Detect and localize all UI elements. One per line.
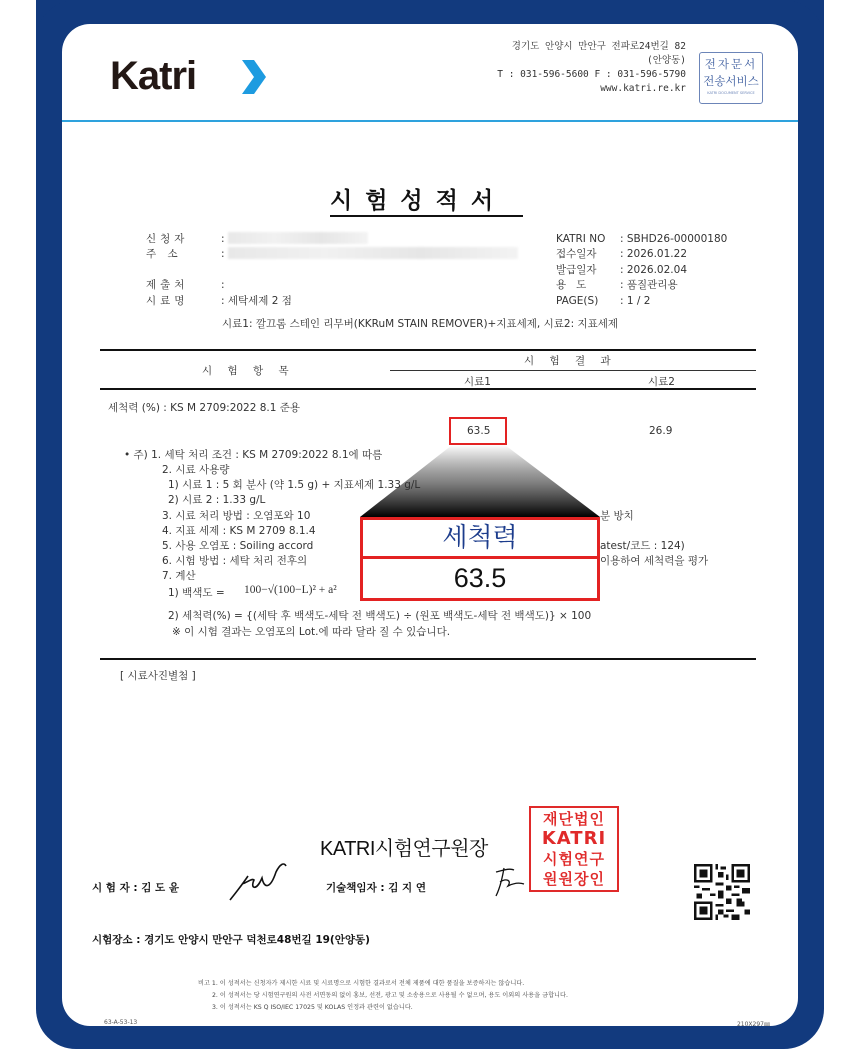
note-7a-label: 1) 백색도 =	[168, 586, 225, 601]
badge-line-3: KATRI DOCUMENT SERVICE	[700, 91, 762, 95]
form-code: 63-A-53-13	[104, 1019, 137, 1026]
note-7: 7. 계산	[162, 569, 196, 584]
table-header-rule	[100, 388, 756, 390]
note-2b: 2) 시료 2 : 1.33 g/L	[168, 493, 265, 508]
website-link[interactable]: www.katri.re.kr	[497, 82, 686, 96]
footer-remarks: 비고 1. 이 성적서는 신청자가 제시한 시료 및 시료명으로 시험한 결과로…	[198, 978, 568, 1014]
badge-line-1: 전자문서	[700, 56, 762, 72]
tech-manager-name: 기술책임자 : 김 지 연	[326, 880, 426, 895]
note-3-tail: 분 방치	[600, 509, 634, 524]
seal-line: 시험연구	[531, 849, 617, 869]
redacted-applicant	[228, 232, 368, 244]
col-sample1: 시료1	[464, 374, 491, 389]
paper-size: 210X297㎜	[737, 1019, 770, 1026]
note-5-tail: atest/코드 : 124)	[600, 539, 685, 554]
issue-date-label: 발급일자	[556, 263, 620, 278]
note-5: 5. 사용 오염포 : Soiling accord	[162, 539, 313, 554]
seal-line: 원원장인	[531, 869, 617, 889]
note-4: 4. 지표 세제 : KS M 2709 8.1.4	[162, 524, 316, 539]
col-test-result: 시 험 결 과	[524, 353, 617, 368]
report-meta: KATRI NO: SBHD26-00000180 접수일자: 2026.01.…	[556, 232, 727, 309]
address-label: 주 소	[146, 247, 221, 262]
address-line-2: (안양동)	[497, 54, 686, 68]
sample-photos-label: [ 시료사진별첨 ]	[120, 668, 196, 683]
e-document-badge: 전자문서 전송서비스 KATRI DOCUMENT SERVICE	[699, 52, 763, 104]
test-report-page: Katri 경기도 안양시 만안구 전파로24번길 82 (안양동) T : 0…	[62, 24, 798, 1026]
col-test-item: 시 험 항 목	[202, 363, 295, 378]
sample2-result: 26.9	[649, 425, 672, 437]
official-seal: 재단법인 KATRI 시험연구 원원장인	[529, 806, 619, 892]
tester-signature	[228, 860, 290, 904]
issue-date-value: : 2026.02.04	[620, 263, 687, 278]
katri-logo: Katri	[110, 54, 196, 99]
header-divider	[62, 120, 798, 122]
test-item-detergency: 세척력 (%) : KS M 2709:2022 8.1 준용	[108, 400, 300, 415]
qr-code[interactable]	[694, 864, 750, 920]
note-7b: 2) 세척력(%) = {(세탁 후 백색도-세탁 전 백색도) ÷ (원포 백…	[168, 609, 591, 624]
received-date-value: : 2026.01.22	[620, 247, 687, 262]
address-line: 경기도 안양시 만안구 전파로24번길 82	[497, 40, 686, 54]
chevron-right-icon	[240, 58, 268, 96]
purpose-label: 용 도	[556, 278, 620, 293]
institute-director: KATRI시험연구원장	[320, 832, 488, 861]
applicant-info: 신청자: 주 소: 제출처: 시료명: 세탁세제 2 점	[146, 232, 518, 309]
submitter-label: 제출처	[146, 278, 221, 293]
katri-no-label: KATRI NO	[556, 232, 620, 247]
note-6-tail: 이용하여 세척력을 평가	[600, 554, 708, 569]
sample-name-value: : 세탁세제 2 점	[221, 294, 292, 309]
col-sample2: 시료2	[648, 374, 675, 389]
note-2: 2. 시료 사용량	[162, 463, 229, 478]
result-header-rule	[390, 370, 756, 371]
callout-value: 63.5	[360, 556, 600, 601]
callout-wedge	[360, 445, 600, 517]
sample-description: 시료1: 깔끄롬 스테인 리무버(KKRuM STAIN REMOVER)+지표…	[222, 316, 618, 331]
title-underline	[330, 215, 523, 217]
seal-line: 재단법인	[531, 809, 617, 829]
table-top-rule	[100, 349, 756, 351]
pages-label: PAGE(S)	[556, 294, 620, 309]
whiteness-formula: 100−√(100−L)² + a²	[244, 583, 337, 598]
test-location: 시험장소 : 경기도 안양시 만안구 덕천로48번길 19(안양동)	[92, 932, 370, 947]
callout-label: 세척력	[360, 517, 600, 559]
tech-manager-signature	[490, 862, 530, 902]
note-6: 6. 시험 방법 : 세탁 처리 전후의	[162, 554, 307, 569]
purpose-value: : 품질관리용	[620, 278, 678, 293]
sample1-highlight	[449, 417, 507, 445]
institute-address: 경기도 안양시 만안구 전파로24번길 82 (안양동) T : 031-596…	[497, 40, 686, 96]
remark-2: 2. 이 성적서는 당 시험연구원의 사전 서면동의 없이 홍보, 선전, 광고…	[198, 990, 568, 1002]
note-1: • 주) 1. 세탁 처리 조건 : KS M 2709:2022 8.1에 따…	[124, 448, 382, 463]
note-3: 3. 시료 처리 방법 : 오염포와 10	[162, 509, 310, 524]
applicant-label: 신청자	[146, 232, 221, 247]
note-8: ※ 이 시험 결과는 오염포의 Lot.에 따라 달라 질 수 있습니다.	[172, 625, 450, 640]
tester-name: 시 험 자 : 김 도 윤	[92, 880, 179, 895]
seal-line: KATRI	[531, 829, 617, 849]
badge-line-2: 전송서비스	[700, 73, 762, 89]
remark-3: 3. 이 성적서는 KS Q ISO/IEC 17025 및 KOLAS 인정과…	[198, 1002, 568, 1014]
page-title: 시험성적서	[330, 182, 506, 215]
detergency-callout: 세척력 63.5	[360, 517, 600, 603]
redacted-address	[228, 247, 518, 259]
received-date-label: 접수일자	[556, 247, 620, 262]
katri-no-value: : SBHD26-00000180	[620, 232, 727, 247]
phone-fax: T : 031-596-5600 F : 031-596-5790	[497, 68, 686, 82]
sample-name-label: 시료명	[146, 294, 221, 309]
pages-value: : 1 / 2	[620, 294, 650, 309]
table-bottom-rule	[100, 658, 756, 660]
remark-1: 비고 1. 이 성적서는 신청자가 제시한 시료 및 시료명으로 시험한 결과로…	[198, 978, 568, 990]
